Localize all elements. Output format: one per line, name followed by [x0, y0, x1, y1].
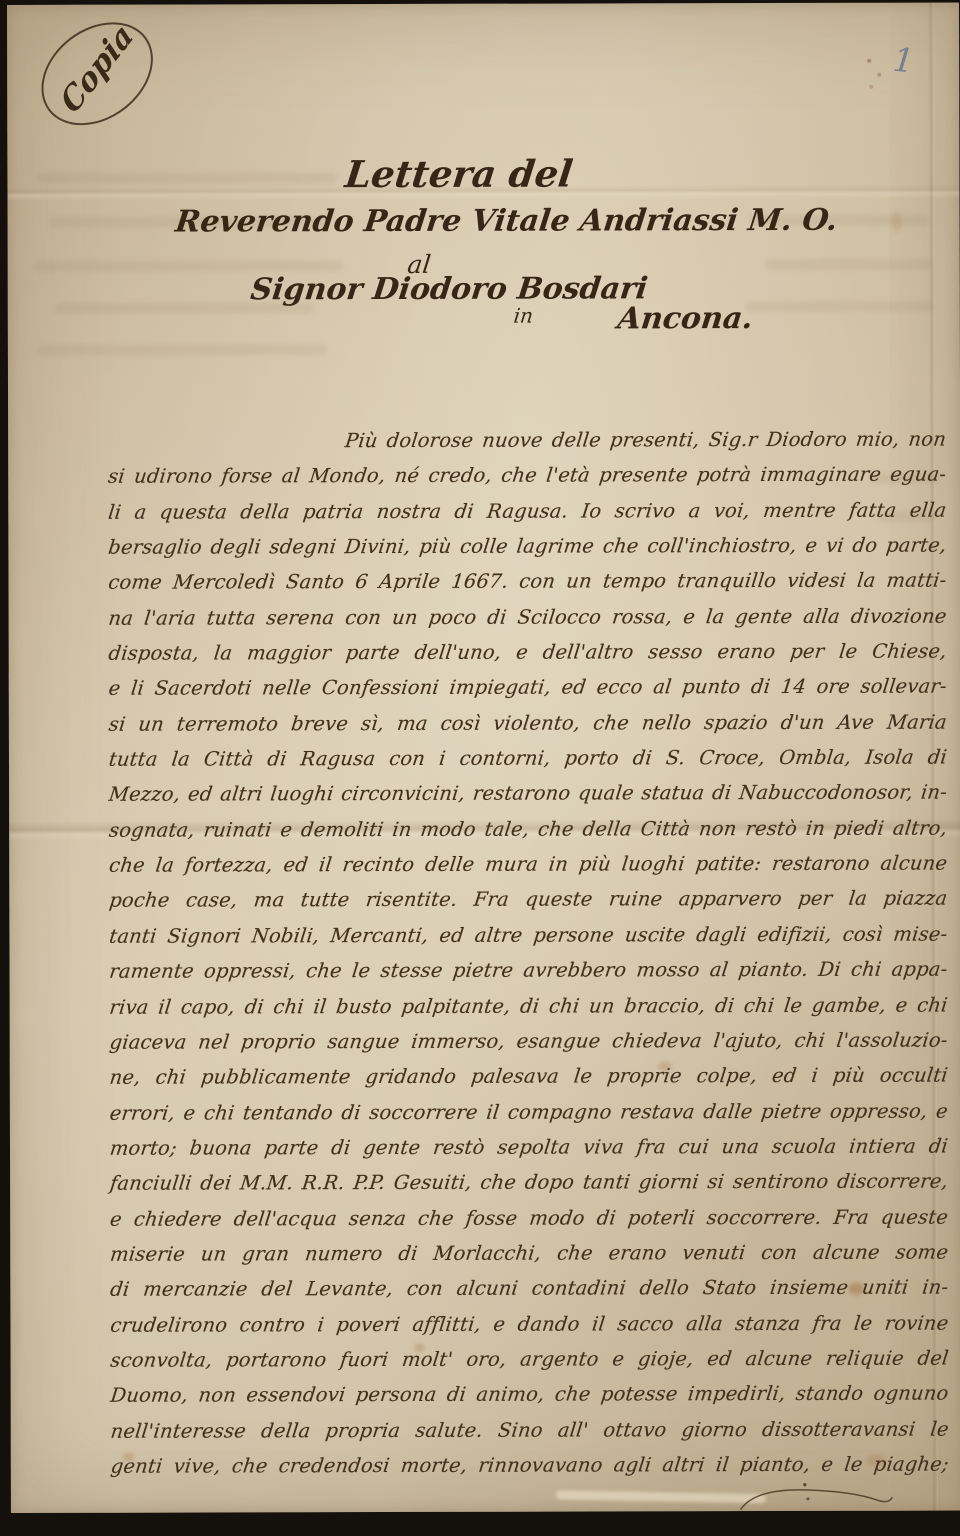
pencil-dots: [867, 59, 871, 63]
letter-page: Copia 1 Lettera del Reverendo Padre Vita…: [7, 3, 960, 1513]
letter-line: ramente oppressi, che le stesse pietre a…: [107, 952, 949, 990]
bleedthrough-mark: [34, 260, 344, 272]
heading-line-city: Ancona.: [616, 301, 755, 336]
bleedthrough-mark: [38, 344, 328, 356]
letter-line: riva il capo, di chi il busto palpitante…: [107, 987, 949, 1025]
letter-line: bersaglio degli sdegni Divini, più colle…: [106, 528, 948, 566]
letter-line: genti vive, che credendosi morte, rinnov…: [109, 1447, 951, 1485]
heading-line-recipient: Signor Diodoro Bosdari: [249, 271, 650, 307]
letter-line: crudelirono contro i poveri afflitti, e …: [108, 1305, 950, 1343]
letter-line: na l'aria tutta serena con un poco di Sc…: [106, 598, 948, 636]
letter-line: nell'interesse della propria salute. Sin…: [109, 1411, 951, 1449]
letter-line: sognata, ruinati e demoliti in modo tale…: [107, 810, 949, 848]
letter-line: ne, chi pubblicamente gridando palesava …: [108, 1058, 950, 1096]
letter-line: e li Sacerdoti nelle Confessioni impiega…: [107, 669, 949, 707]
bleedthrough-mark: [37, 172, 337, 184]
letter-line: li a questa della patria nostra di Ragus…: [106, 492, 948, 530]
flourish-swash-icon: [739, 1483, 895, 1517]
paper-edge-tear: [556, 1490, 766, 1503]
letter-line: morto; buona parte di gente restò sepolt…: [108, 1128, 950, 1166]
letter-line: fanciulli dei M.M. R.R. P.P. Gesuiti, ch…: [108, 1164, 950, 1202]
letter-line: sconvolta, portarono fuori molt' oro, ar…: [108, 1340, 950, 1378]
letter-line: giaceva nel proprio sangue immerso, esan…: [108, 1022, 950, 1060]
heading-line-lettera: Lettera del: [343, 152, 575, 197]
letter-line: tutta la Città di Ragusa con i contorni,…: [107, 740, 949, 778]
letter-line: e chiedere dell'acqua senza che fosse mo…: [108, 1199, 950, 1237]
letter-line: tanti Signori Nobili, Mercanti, ed altre…: [107, 916, 949, 954]
heading-line-in: in: [512, 304, 534, 328]
letter-line: si un terremoto breve sì, ma così violen…: [107, 704, 949, 742]
letter-line: errori, e chi tentando di soccorrere il …: [108, 1093, 950, 1131]
ink-stain: [892, 211, 902, 233]
page-number: 1: [891, 40, 916, 81]
bleedthrough-mark: [764, 259, 932, 270]
letter-line: si udirono forse al Mondo, né credo, che…: [106, 457, 948, 495]
copia-stamp: Copia: [34, 21, 160, 145]
letter-line: Mezzo, ed altri luoghi circonvicini, res…: [107, 775, 949, 813]
heading-line-sender: Reverendo Padre Vitale Andriassi M. O.: [173, 203, 839, 240]
letter-line: che la fortezza, ed il recinto delle mur…: [107, 846, 949, 884]
letter-line: Duomo, non essendovi persona di animo, c…: [109, 1376, 951, 1414]
letter-line: come Mercoledì Santo 6 Aprile 1667. con …: [106, 563, 948, 601]
copia-oval-outline: [21, 1, 173, 146]
letter-line: disposta, la maggior parte dell'uno, e d…: [107, 634, 949, 672]
letter-line: miserie un gran numero di Morlacchi, che…: [108, 1234, 950, 1272]
copia-stamp-label: Copia: [51, 12, 144, 125]
bleedthrough-mark: [746, 301, 934, 312]
letter-line: poche case, ma tutte risentite. Fra ques…: [107, 881, 949, 919]
letter-line: di mercanzie del Levante, con alcuni con…: [108, 1270, 950, 1308]
letter-line: Più dolorose nuove delle presenti, Sig.r…: [106, 422, 948, 460]
letter-body: Più dolorose nuove delle presenti, Sig.r…: [108, 422, 949, 1485]
